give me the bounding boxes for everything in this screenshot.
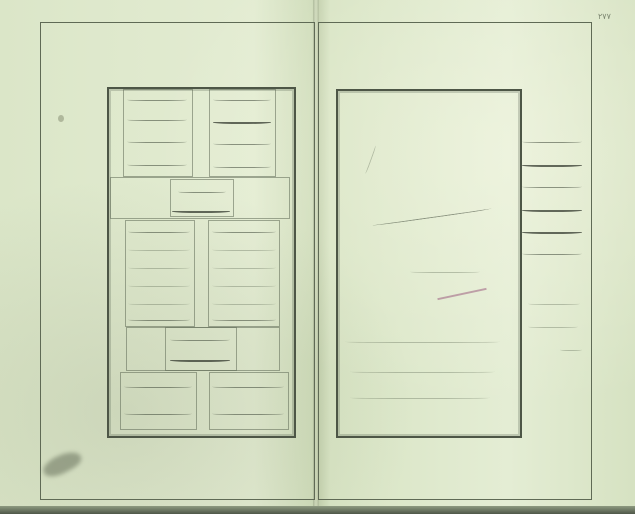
margin-script-line — [522, 252, 582, 255]
script-line — [128, 248, 190, 251]
script-line — [212, 302, 276, 305]
script-line — [127, 163, 187, 166]
script-line — [127, 98, 187, 101]
ink-stain — [58, 115, 64, 122]
margin-script-line — [522, 208, 582, 212]
margin-script-line — [528, 325, 578, 328]
panel-bottom-right — [209, 372, 289, 430]
script-line — [212, 284, 276, 287]
script-line — [128, 284, 190, 287]
script-line — [170, 358, 230, 362]
script-line — [213, 120, 271, 124]
script-line — [124, 385, 192, 388]
script-line — [213, 165, 271, 168]
script-line — [170, 338, 230, 341]
script-line — [212, 248, 276, 251]
script-line — [127, 118, 187, 121]
margin-script-line — [522, 163, 582, 167]
page-number: ۲۷۷ — [598, 12, 611, 21]
script-line — [128, 230, 190, 233]
script-line — [350, 396, 490, 399]
row-divider-2 — [126, 327, 280, 371]
script-line — [128, 266, 190, 269]
panel-bottom-left — [120, 372, 197, 430]
script-line — [212, 412, 284, 415]
script-line — [124, 412, 192, 415]
page-bottom-edge — [0, 506, 635, 514]
script-line — [212, 230, 276, 233]
script-line — [212, 266, 276, 269]
panel-top-right — [209, 89, 276, 177]
margin-script-line — [522, 185, 582, 188]
script-line — [128, 302, 190, 305]
script-line — [178, 190, 226, 193]
panel-middle-left — [125, 220, 195, 327]
script-line — [213, 142, 271, 145]
script-line — [128, 318, 190, 321]
script-line — [350, 370, 495, 373]
script-line — [212, 318, 276, 321]
script-line — [172, 209, 230, 213]
margin-script-line — [560, 348, 582, 351]
margin-script-line — [528, 302, 580, 305]
script-line — [212, 385, 284, 388]
script-line — [213, 98, 271, 101]
script-line — [345, 340, 500, 343]
right-page-text-box — [336, 89, 522, 438]
panel-middle-right — [208, 220, 280, 327]
margin-script-line — [522, 230, 582, 234]
script-line — [410, 270, 480, 273]
script-line — [127, 140, 187, 143]
margin-script-line — [522, 140, 582, 143]
